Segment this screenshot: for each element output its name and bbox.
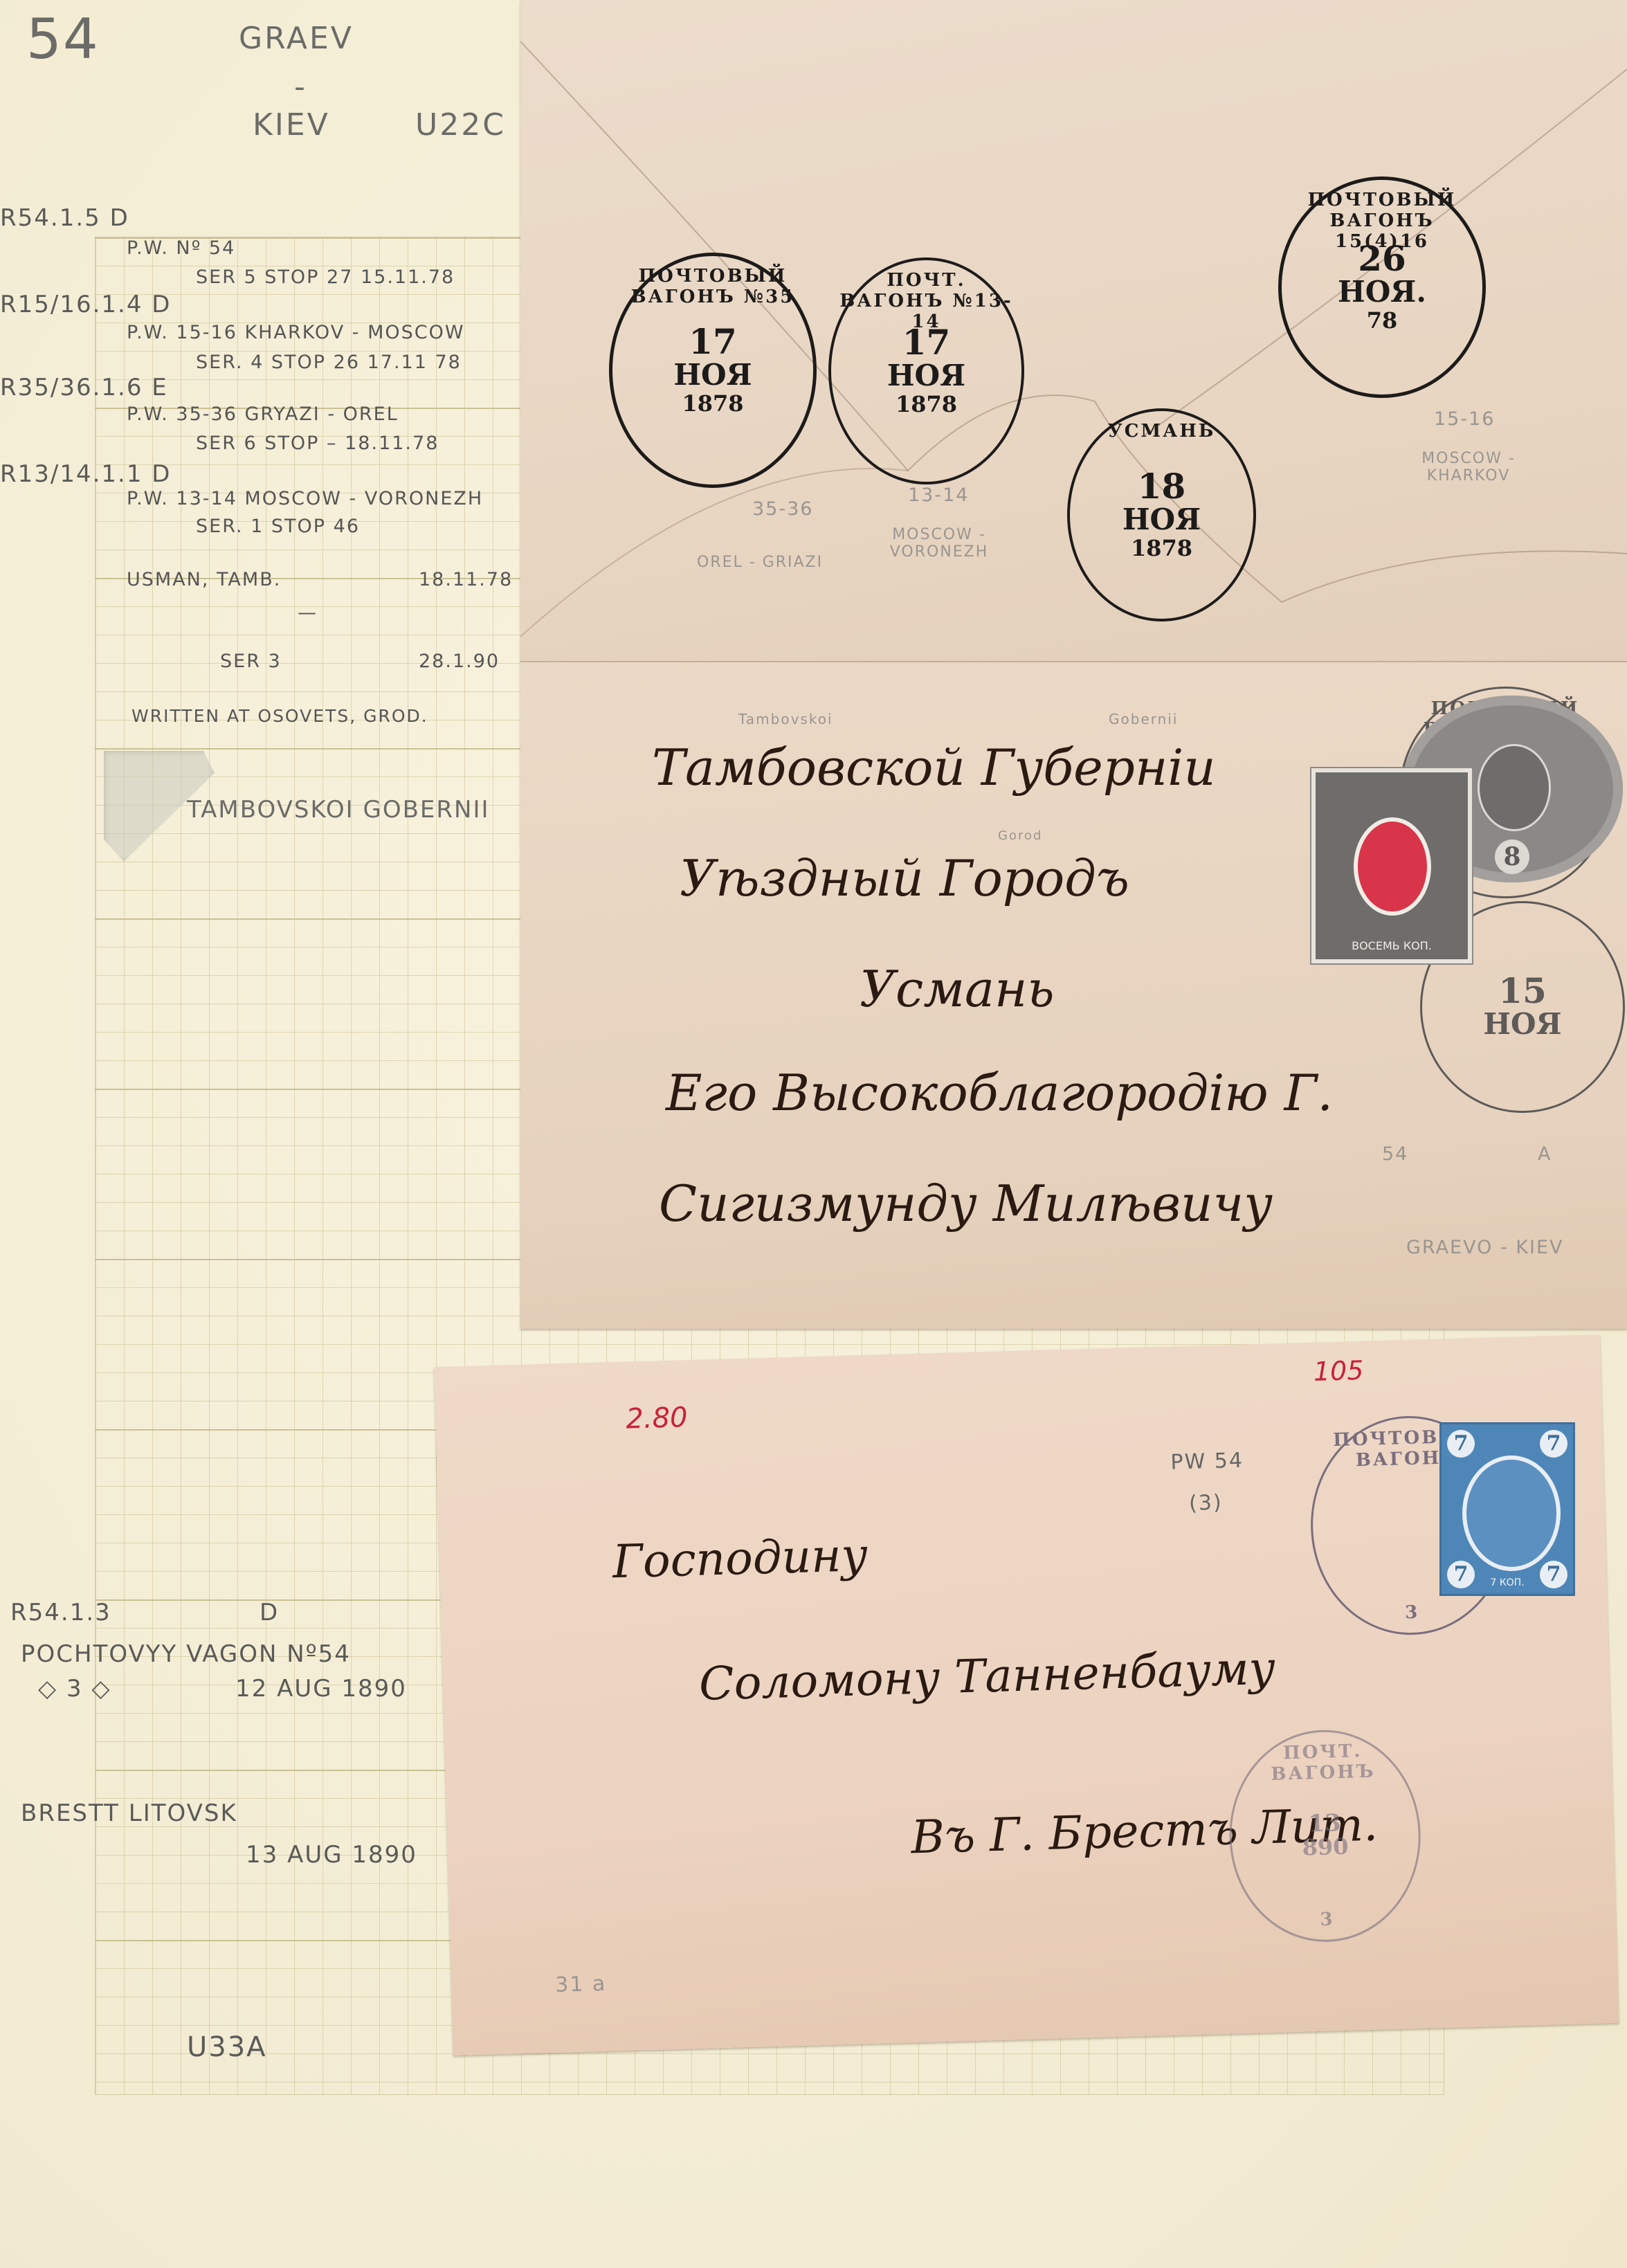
note-ref: R15/16.1.4 D bbox=[0, 291, 171, 318]
postmark-wagon-arrival: ПОЧТ. ВАГОНЪ 13 890 3 bbox=[1226, 1727, 1423, 1945]
route-title: GRAEV bbox=[239, 21, 354, 56]
eagle-icon bbox=[1478, 744, 1551, 831]
note-date: 12 AUG 1890 bbox=[235, 1675, 407, 1703]
tambov-note: TAMBOVSKOI GOBERNII bbox=[187, 796, 490, 824]
address-line: Господину bbox=[612, 1528, 869, 1588]
note-line: SER 5 STOP 27 15.11.78 bbox=[196, 266, 455, 288]
album-page: 54 GRAEV - KIEV U22C R54.1.5 D P.W. Nº 5… bbox=[0, 0, 1627, 2268]
annotation-names: MOSCOW - VORONEZH bbox=[887, 526, 991, 561]
usman-date: 18.11.78 bbox=[419, 569, 513, 590]
stamp-8-kopek: ВОСЕМЬ КОП. bbox=[1311, 768, 1472, 963]
usman-place: USMAN, TAMB. bbox=[127, 569, 281, 590]
annotation-names: MOSCOW - KHARKOV bbox=[1413, 450, 1524, 484]
pencil-note: 31 a bbox=[555, 1972, 607, 1997]
page-number: 54 bbox=[26, 7, 100, 71]
note-ref: R54.1.5 D bbox=[0, 204, 129, 232]
pencil-note: 54 bbox=[1382, 1143, 1408, 1165]
postmark-usman: УСМАНЬ 18 НОЯ 1878 bbox=[1067, 408, 1256, 622]
note-ref: R54.1.3 bbox=[10, 1599, 111, 1626]
pencil-note: A bbox=[1538, 1143, 1552, 1165]
ser3-date: 28.1.90 bbox=[419, 651, 500, 672]
note-line: POCHTOVYY VAGON Nº54 bbox=[21, 1640, 351, 1668]
note-line: SER. 1 STOP 46 bbox=[196, 516, 360, 537]
note-line: SER. 4 STOP 26 17.11 78 bbox=[196, 352, 462, 373]
address-line: Тамбовской Губерніи bbox=[652, 738, 1216, 797]
eagle-icon bbox=[1462, 1455, 1561, 1571]
stamp-7-kopek: 7 7 7 7 7 КОП. bbox=[1439, 1422, 1575, 1596]
envelope-back[interactable]: ПОЧТОВЫЙ ВАГОНЪ №35 17 НОЯ 1878 ПОЧТ. ВА… bbox=[520, 0, 1627, 661]
annotation-route: 13-14 bbox=[908, 484, 969, 506]
annotation-route: 35-36 bbox=[752, 498, 813, 520]
type-code: U22C bbox=[415, 107, 506, 143]
note-marks: ◇ 3 ◇ bbox=[38, 1675, 111, 1703]
annotation-names: OREL - GRIAZI bbox=[697, 554, 823, 571]
note-line: P.W. 13-14 MOSCOW - VORONEZH bbox=[127, 488, 483, 509]
faint-note: Gorod bbox=[998, 828, 1042, 843]
divider-dash: — bbox=[298, 602, 318, 624]
note-line: P.W. Nº 54 bbox=[127, 237, 235, 259]
written-at-note: WRITTEN AT OSOVETS, GROD. bbox=[131, 706, 428, 726]
annotation-route: 15-16 bbox=[1434, 408, 1495, 430]
faint-note: Tambovskoi bbox=[738, 711, 833, 727]
note-ref: R35/36.1.6 E bbox=[0, 374, 168, 401]
route-end: KIEV bbox=[253, 107, 330, 143]
pencil-note: PW 54 bbox=[1170, 1449, 1244, 1475]
type-code-lower: U33A bbox=[187, 2031, 267, 2063]
address-line: Его Высокоблагородію Г. bbox=[666, 1064, 1333, 1122]
address-line: Усмань bbox=[860, 960, 1055, 1018]
address-line: Соломону Танненбауму bbox=[698, 1642, 1276, 1711]
address-line: Уѣздный Городъ bbox=[680, 849, 1129, 907]
eagle-icon bbox=[1354, 817, 1431, 916]
red-price-note: 105 bbox=[1313, 1355, 1364, 1387]
note-line: SER 6 STOP – 18.11.78 bbox=[196, 433, 439, 454]
arrival-date: 13 AUG 1890 bbox=[246, 1841, 417, 1869]
address-line: Сигизмунду Милѣвичу bbox=[659, 1174, 1273, 1233]
note-line: P.W. 35-36 GRYAZI - OREL bbox=[127, 403, 399, 425]
postmark-wagon-35: ПОЧТОВЫЙ ВАГОНЪ №35 17 НОЯ 1878 bbox=[609, 253, 817, 488]
arrival-place: BRESTT LITOVSK bbox=[21, 1799, 237, 1827]
pencil-note: GRAEVO - KIEV bbox=[1406, 1237, 1563, 1258]
pencil-note: (3) bbox=[1189, 1491, 1223, 1516]
postmark-wagon-13-14: ПОЧТ. ВАГОНЪ №13-14 17 НОЯ 1878 bbox=[828, 257, 1024, 484]
route-dash: - bbox=[294, 69, 307, 105]
note-grade: D bbox=[260, 1599, 279, 1626]
note-ref: R13/14.1.1 D bbox=[0, 460, 171, 488]
red-price-note: 2.80 bbox=[626, 1401, 688, 1435]
faint-note: Gobernii bbox=[1109, 711, 1178, 727]
ser3-label: SER 3 bbox=[220, 651, 282, 672]
note-line: P.W. 15-16 KHARKOV - MOSCOW bbox=[127, 322, 465, 343]
postmark-wagon-15-16: ПОЧТОВЫЙ ВАГОНЪ 15(4)16 26 НОЯ. 78 bbox=[1278, 176, 1486, 398]
